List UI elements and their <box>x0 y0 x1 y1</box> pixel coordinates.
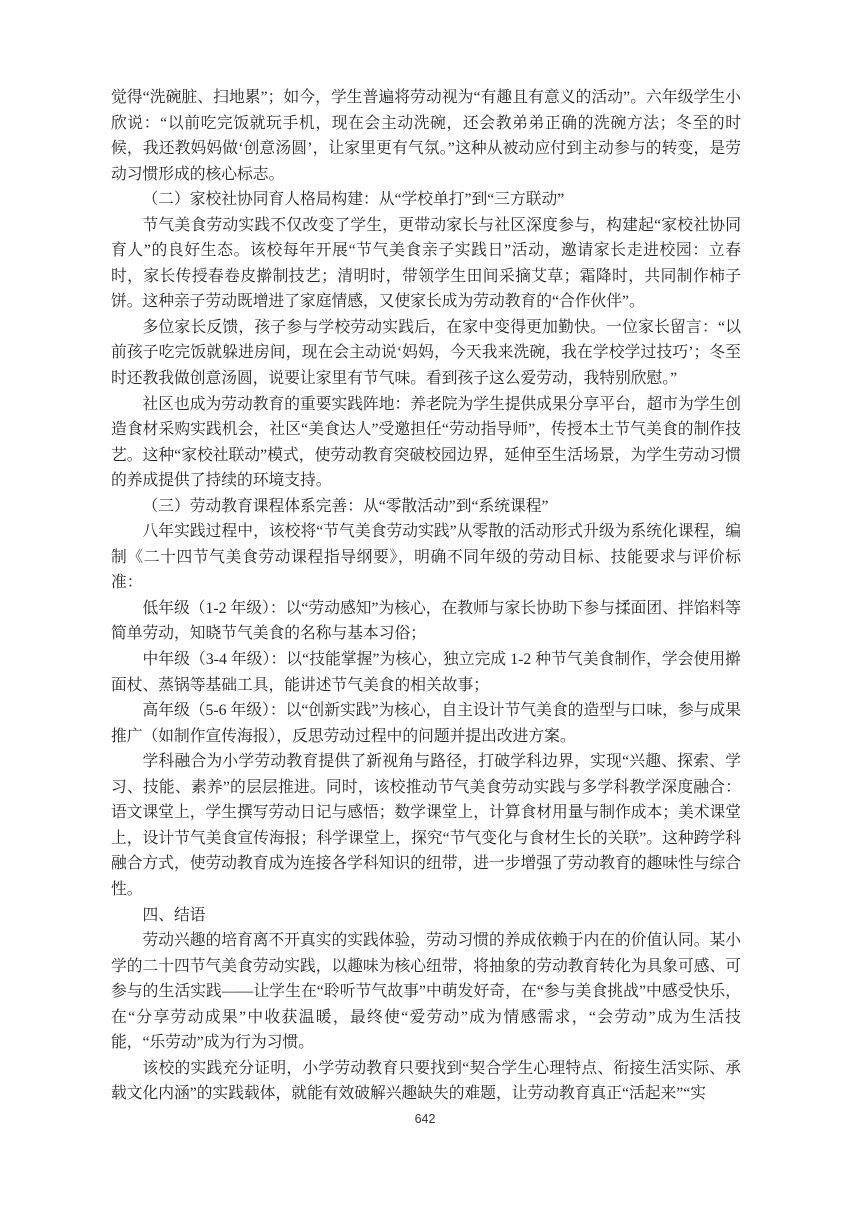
paragraph-continued: 觉得“洗碗脏、扫地累”；如今，学生普遍将劳动视为“有趣且有意义的活动”。六年级学… <box>111 85 741 187</box>
section-heading-3: （三）劳动教育课程体系完善：从“零散活动”到“系统课程” <box>111 494 741 520</box>
paragraph-grade-mid: 中年级（3-4 年级）：以“技能掌握”为核心，独立完成 1-2 种节气美食制作，… <box>111 647 741 698</box>
paragraph: 学科融合为小学劳动教育提供了新视角与路径，打破学科边界，实现“兴趣、探索、学习、… <box>111 749 741 902</box>
section-heading-conclusion: 四、结语 <box>111 903 741 929</box>
paragraph-grade-low: 低年级（1-2 年级）：以“劳动感知”为核心，在教师与家长协助下参与揉面团、拌馅… <box>111 596 741 647</box>
paragraph: 多位家长反馈，孩子参与学校劳动实践后，在家中变得更加勤快。一位家长留言：“以前孩… <box>111 315 741 392</box>
paragraph: 社区也成为劳动教育的重要实践阵地：养老院为学生提供成果分享平台，超市为学生创造食… <box>111 392 741 494</box>
paragraph: 劳动兴趣的培育离不开真实的实践体验，劳动习惯的养成依赖于内在的价值认同。某小学的… <box>111 928 741 1056</box>
paragraph: 八年实践过程中，该校将“节气美食劳动实践”从零散的活动形式升级为系统化课程，编制… <box>111 519 741 596</box>
section-heading-2: （二）家校社协同育人格局构建：从“学校单打”到“三方联动” <box>111 187 741 213</box>
paragraph: 该校的实践充分证明，小学劳动教育只要找到“契合学生心理特点、衔接生活实际、承载文… <box>111 1056 741 1107</box>
paragraph-grade-high: 高年级（5-6 年级）：以“创新实践”为核心，自主设计节气美食的造型与口味，参与… <box>111 698 741 749</box>
page-body: 觉得“洗碗脏、扫地累”；如今，学生普遍将劳动视为“有趣且有意义的活动”。六年级学… <box>111 85 741 1107</box>
page-number: 642 <box>0 1112 850 1126</box>
paragraph: 节气美食劳动实践不仅改变了学生，更带动家长与社区深度参与，构建起“家校社协同育人… <box>111 213 741 315</box>
document-page: 觉得“洗碗脏、扫地累”；如今，学生普遍将劳动视为“有趣且有意义的活动”。六年级学… <box>0 0 850 1205</box>
